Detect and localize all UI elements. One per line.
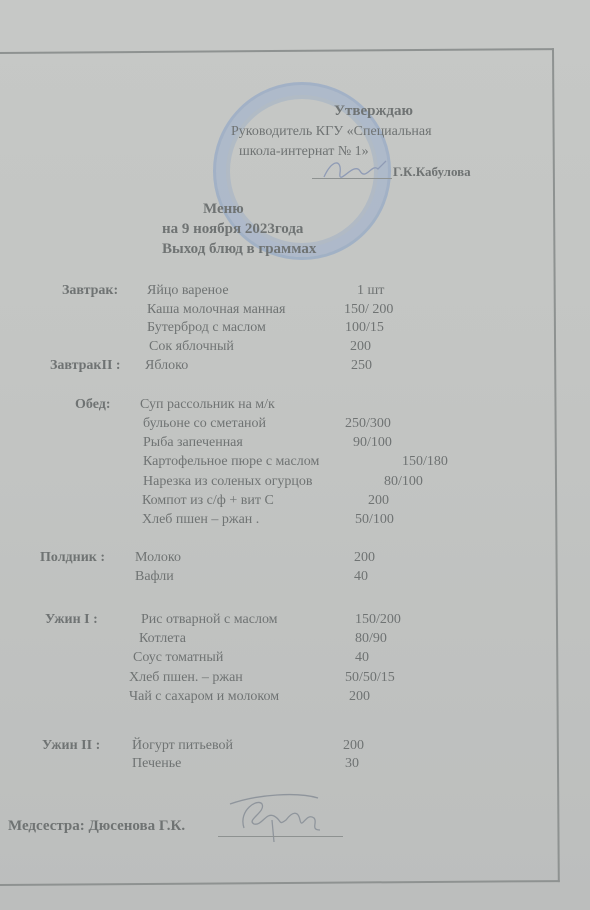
menu-item-name: Картофельное пюре с маслом: [143, 454, 319, 470]
menu-item-name: Сок яблочный: [149, 339, 234, 355]
menu-item-amount: 100/15: [345, 320, 384, 336]
approval-line-1: Руководитель КГУ «Специальная: [231, 124, 432, 140]
menu-item-amount: 250/300: [345, 416, 391, 432]
meal-label: Завтрак:: [62, 283, 118, 299]
menu-item-amount: 250: [351, 358, 372, 374]
menu-item-amount: 90/100: [353, 435, 392, 451]
meal-label: Полдник :: [40, 550, 105, 566]
menu-item-amount: 200: [349, 689, 370, 705]
menu-item-amount: 50/100: [355, 512, 394, 528]
menu-item-name: Молоко: [135, 550, 181, 566]
menu-item-name: Хлеб пшен – ржан .: [142, 512, 259, 528]
menu-item-name: Компот из с/ф + вит С: [142, 493, 274, 509]
menu-item-name: Нарезка из соленых огурцов: [143, 474, 313, 490]
menu-item-name: Яблоко: [145, 358, 188, 374]
menu-item-amount: 200: [343, 738, 364, 754]
menu-item-name: Хлеб пшен. – ржан: [129, 670, 243, 686]
menu-item-amount: 80/90: [355, 631, 387, 647]
menu-item-name: Каша молочная манная: [147, 302, 285, 318]
menu-item-name: Рыба запеченная: [143, 435, 243, 451]
menu-subtitle: Выход блюд в граммах: [162, 241, 316, 257]
approval-name: Г.К.Кабулова: [393, 164, 471, 180]
menu-item-amount: 150/180: [402, 454, 448, 470]
menu-item-amount: 1 шт: [357, 283, 384, 299]
menu-item-amount: 80/100: [384, 474, 423, 490]
menu-item-amount: 150/200: [355, 612, 401, 628]
menu-item-name: Котлета: [139, 631, 186, 647]
menu-date: на 9 ноября 2023года: [162, 221, 303, 237]
nurse-signature-label: Медсестра: Дюсенова Г.К.: [8, 818, 185, 834]
director-signature-icon: [320, 155, 390, 183]
approval-title: Утверждаю: [334, 103, 413, 119]
menu-item-amount: 200: [354, 550, 375, 566]
menu-item-name: бульоне со сметаной: [143, 416, 266, 432]
menu-item-name: Бутерброд с маслом: [147, 320, 266, 336]
menu-item-amount: 50/50/15: [345, 670, 395, 686]
menu-item-amount: 40: [354, 569, 368, 585]
menu-item-amount: 200: [350, 339, 371, 355]
menu-item-amount: 200: [368, 493, 389, 509]
meal-label: Ужин I :: [45, 612, 98, 628]
meal-label: ЗавтракII :: [50, 358, 121, 374]
menu-item-name: Вафли: [135, 569, 174, 585]
menu-item-name: Суп рассольник на м/к: [140, 397, 275, 413]
menu-title: Меню: [203, 201, 244, 217]
menu-item-amount: 40: [355, 650, 369, 666]
meal-label: Обед:: [75, 397, 110, 413]
menu-item-name: Рис отварной с маслом: [141, 612, 278, 628]
menu-item-amount: 150/ 200: [344, 302, 393, 318]
menu-item-name: Йогурт питьевой: [132, 738, 233, 754]
nurse-signature-line: [218, 836, 343, 837]
meal-label: Ужин II :: [42, 738, 100, 754]
menu-item-amount: 30: [345, 756, 359, 772]
menu-item-name: Чай с сахаром и молоком: [129, 689, 279, 705]
menu-item-name: Яйцо вареное: [147, 283, 229, 299]
menu-item-name: Печенье: [132, 756, 181, 772]
menu-item-name: Соус томатный: [133, 650, 223, 666]
